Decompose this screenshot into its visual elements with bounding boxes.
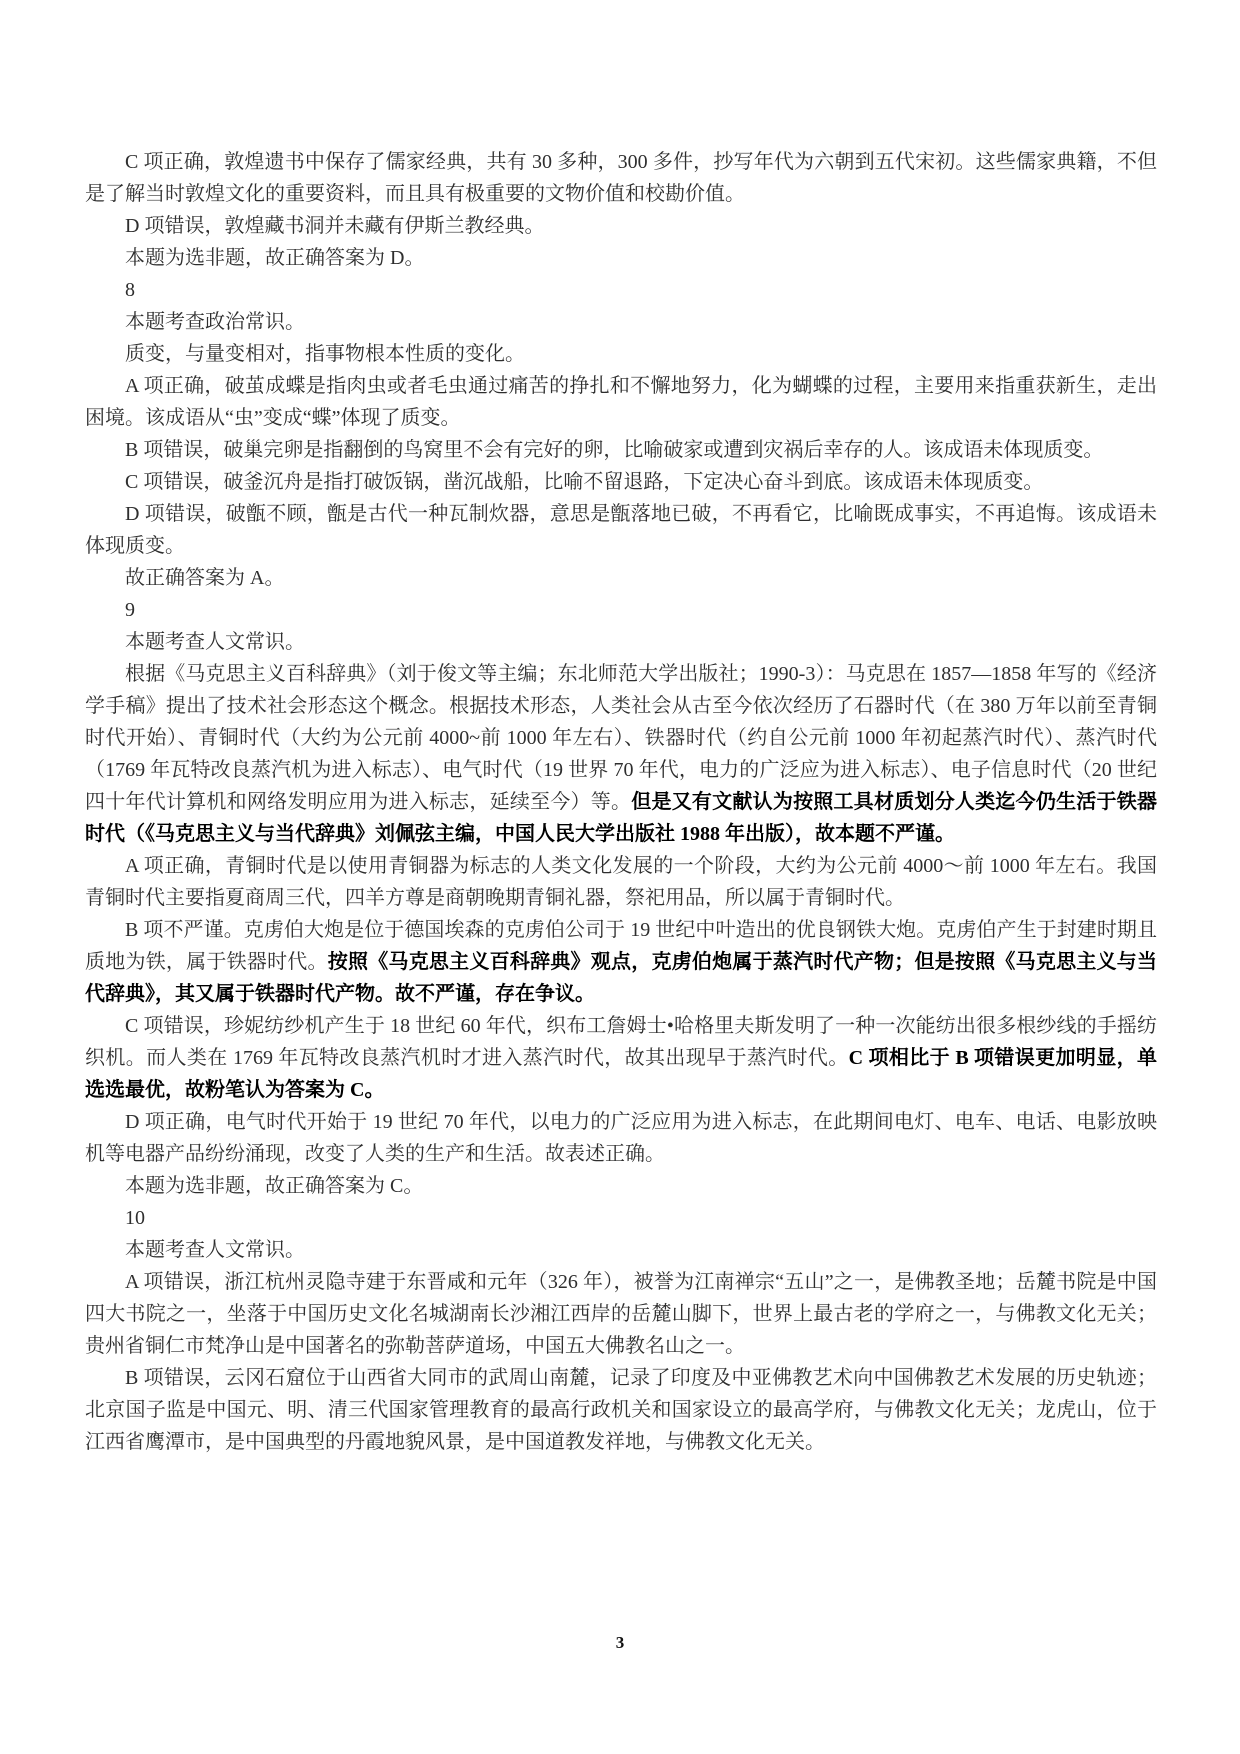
paragraph: D 项错误，敦煌藏书洞并未藏有伊斯兰教经典。 — [85, 210, 1157, 242]
paragraph: A 项正确，青铜时代是以使用青铜器为标志的人类文化发展的一个阶段，大约为公元前 … — [85, 850, 1157, 914]
paragraph: 本题考查人文常识。 — [85, 626, 1157, 658]
paragraph: A 项错误，浙江杭州灵隐寺建于东晋咸和元年（326 年），被誉为江南禅宗“五山”… — [85, 1266, 1157, 1362]
paragraph: 本题考查人文常识。 — [85, 1234, 1157, 1266]
text-run: C 项错误，破釜沉舟是指打破饭锅，凿沉战船，比喻不留退路，下定决心奋斗到底。该成… — [125, 471, 1043, 493]
text-run: B 项错误，云冈石窟位于山西省大同市的武周山南麓，记录了印度及中亚佛教艺术向中国… — [85, 1367, 1157, 1453]
document-page: C 项正确，敦煌遗书中保存了儒家经典，共有 30 多种，300 多件，抄写年代为… — [0, 0, 1240, 1754]
page-number: 3 — [0, 1633, 1240, 1653]
text-run: 9 — [125, 599, 135, 621]
text-run: D 项错误，破甑不顾，甑是古代一种瓦制炊器，意思是甑落地已破，不再看它，比喻既成… — [85, 503, 1157, 557]
text-run: D 项错误，敦煌藏书洞并未藏有伊斯兰教经典。 — [125, 215, 544, 237]
paragraph: B 项错误，破巢完卵是指翻倒的鸟窝里不会有完好的卵，比喻破家或遭到灾祸后幸存的人… — [85, 434, 1157, 466]
paragraph: C 项错误，珍妮纺纱机产生于 18 世纪 60 年代，织布工詹姆士•哈格里夫斯发… — [85, 1010, 1157, 1106]
paragraph: 10 — [85, 1202, 1157, 1234]
text-run: C 项正确，敦煌遗书中保存了儒家经典，共有 30 多种，300 多件，抄写年代为… — [85, 151, 1157, 205]
text-run: A 项正确，破茧成蝶是指肉虫或者毛虫通过痛苦的挣扎和不懈地努力，化为蝴蝶的过程，… — [85, 375, 1157, 429]
paragraph: 本题考查政治常识。 — [85, 306, 1157, 338]
paragraph: 质变，与量变相对，指事物根本性质的变化。 — [85, 338, 1157, 370]
text-run: 质变，与量变相对，指事物根本性质的变化。 — [125, 343, 525, 365]
text-run: 本题为选非题，故正确答案为 C。 — [125, 1175, 423, 1197]
document-body: C 项正确，敦煌遗书中保存了儒家经典，共有 30 多种，300 多件，抄写年代为… — [85, 146, 1157, 1458]
text-run: 本题考查人文常识。 — [125, 1239, 305, 1261]
text-run: A 项错误，浙江杭州灵隐寺建于东晋咸和元年（326 年），被誉为江南禅宗“五山”… — [85, 1271, 1157, 1357]
text-run: 本题考查人文常识。 — [125, 631, 305, 653]
text-run: 故正确答案为 A。 — [125, 567, 284, 589]
text-run: D 项正确，电气时代开始于 19 世纪 70 年代，以电力的广泛应用为进入标志，… — [85, 1111, 1157, 1165]
paragraph: 根据《马克思主义百科辞典》（刘于俊文等主编；东北师范大学出版社；1990-3）：… — [85, 658, 1157, 850]
paragraph: 本题为选非题，故正确答案为 D。 — [85, 242, 1157, 274]
paragraph: D 项正确，电气时代开始于 19 世纪 70 年代，以电力的广泛应用为进入标志，… — [85, 1106, 1157, 1170]
text-run: 本题为选非题，故正确答案为 D。 — [125, 247, 424, 269]
text-run: A 项正确，青铜时代是以使用青铜器为标志的人类文化发展的一个阶段，大约为公元前 … — [85, 855, 1157, 909]
paragraph: 8 — [85, 274, 1157, 306]
paragraph: A 项正确，破茧成蝶是指肉虫或者毛虫通过痛苦的挣扎和不懈地努力，化为蝴蝶的过程，… — [85, 370, 1157, 434]
paragraph: 本题为选非题，故正确答案为 C。 — [85, 1170, 1157, 1202]
text-run: B 项错误，破巢完卵是指翻倒的鸟窝里不会有完好的卵，比喻破家或遭到灾祸后幸存的人… — [125, 439, 1103, 461]
paragraph: 故正确答案为 A。 — [85, 562, 1157, 594]
paragraph: C 项错误，破釜沉舟是指打破饭锅，凿沉战船，比喻不留退路，下定决心奋斗到底。该成… — [85, 466, 1157, 498]
paragraph: B 项错误，云冈石窟位于山西省大同市的武周山南麓，记录了印度及中亚佛教艺术向中国… — [85, 1362, 1157, 1458]
paragraph: B 项不严谨。克虏伯大炮是位于德国埃森的克虏伯公司于 19 世纪中叶造出的优良钢… — [85, 914, 1157, 1010]
paragraph: C 项正确，敦煌遗书中保存了儒家经典，共有 30 多种，300 多件，抄写年代为… — [85, 146, 1157, 210]
paragraph: 9 — [85, 594, 1157, 626]
paragraph: D 项错误，破甑不顾，甑是古代一种瓦制炊器，意思是甑落地已破，不再看它，比喻既成… — [85, 498, 1157, 562]
text-run: 本题考查政治常识。 — [125, 311, 305, 333]
text-run: 10 — [125, 1207, 145, 1229]
text-run: 8 — [125, 279, 135, 301]
